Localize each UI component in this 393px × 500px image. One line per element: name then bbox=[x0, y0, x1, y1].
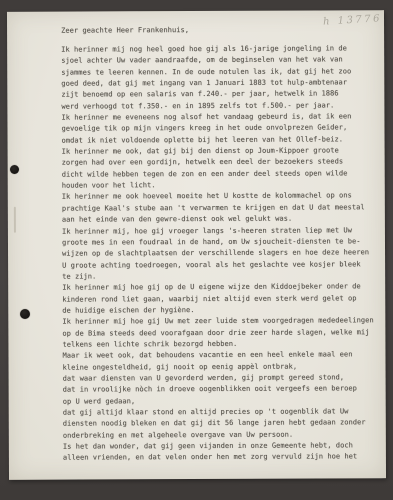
letter-body: Ik herinner mij nog heel goed hoe gij al… bbox=[61, 43, 374, 464]
letter-page: h 13776 Zeer geachte Heer Frankenhuis, I… bbox=[7, 10, 386, 480]
letter-line: U groote achting toedroegen, vooral als … bbox=[62, 259, 373, 272]
letter-line: alleen vrienden, en dat velen onder hen … bbox=[63, 452, 374, 465]
hole-punch-top bbox=[10, 165, 19, 174]
letter-line: dicht wilde hebben tegen de zon en een a… bbox=[62, 168, 373, 181]
letter-line: Maar ik weet ook, dat behoudens vacantie… bbox=[62, 350, 373, 363]
paper-edge-smudge bbox=[14, 207, 16, 233]
hole-punch-bottom bbox=[20, 309, 30, 319]
letter-line: diensten noodig bleken en dat gij dit 56… bbox=[63, 418, 374, 431]
letter-line: prachtige Kaal's stube aan 't verwarmen … bbox=[62, 202, 373, 215]
letter-line: op de Bima steeds deed voorafgaan door d… bbox=[62, 327, 373, 340]
letter-line: Ik herinner mij hoe gij Uw met zeer luid… bbox=[62, 315, 373, 328]
letter-line: kinderen rond liet gaan, waarbij niet al… bbox=[62, 293, 373, 306]
letter-line: sjoel achter Uw vader aandraafde, om de … bbox=[61, 55, 372, 68]
letter-line: dat in vroolijke nòch in droeve oogenbli… bbox=[63, 384, 374, 397]
handwritten-reference-number: h 13776 bbox=[307, 13, 383, 28]
letter-line: zijt benoemd op een salaris van f.240.- … bbox=[61, 89, 372, 102]
letter-salutation: Zeer geachte Heer Frankenhuis, bbox=[61, 26, 189, 35]
letter-line: Ik herinner mij hoe gij op de U eigene w… bbox=[62, 281, 373, 294]
letter-line: wijzen op de slachtplaatsen der verschil… bbox=[62, 247, 373, 260]
